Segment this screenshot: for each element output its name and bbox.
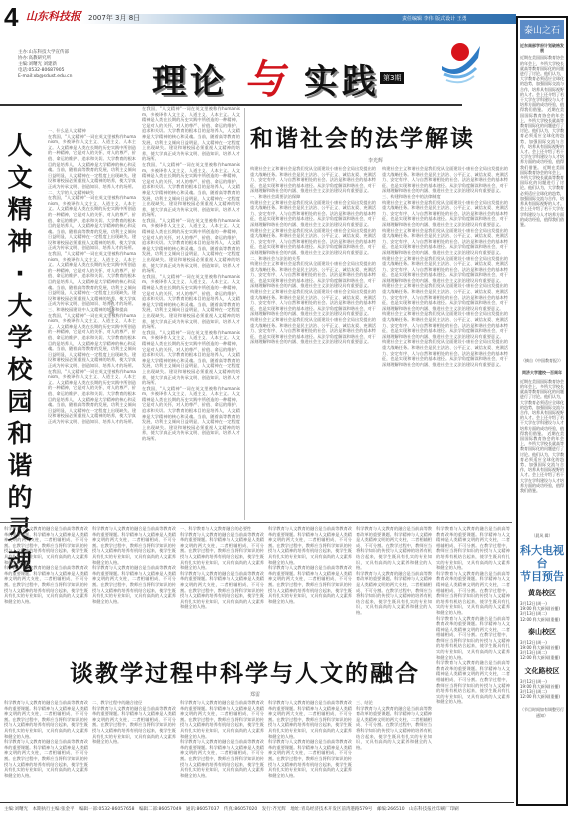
article3-text: 科学教育与人文教育的融合是当前高等教育改革的重要课题。科学精神与人文精神是人类精… [4,739,88,778]
issue-badge: 第3期 [380,72,404,84]
article1-text: 在我国，"人文精神"一词在英文里被称作humanism，多被译作人文主义、人道主… [142,274,240,330]
article1-text: 在我国，"人文精神"一词在英文里被称作humanism，多被译作人文主义、人道主… [142,106,240,162]
article3-body-bottom4: 科学教育与人文教育的融合是当前高等教育改革的重要课题。科学精神与人文精神是人类精… [268,700,352,798]
article3-text: 科学教育与人文教育的融合是当前高等教育改革的重要课题。科学精神与人文精神是人类精… [436,616,510,661]
article2-text: 构建社会主义和谐社会是我们党从全面建设小康社会全局出发提出的重大战略任务。和谐社… [250,289,376,317]
article3-body-bottom3: 科学教育与人文教育的融合是当前高等教育改革的重要课题。科学精神与人文精神是人类精… [180,700,264,798]
article1-text: 在我国，"人文精神"一词在英文里被称作humanism，多被译作人文主义、人道主… [142,386,240,442]
sidebar-source: （摘自《中国教育报》） [520,358,564,363]
article1-text: 在我国，"人文精神"一词在英文里被称作humanism，多被译作人文主义、人道主… [48,313,136,369]
article2-text: 构建社会主义和谐社会是我们党从全面建设小康社会全局出发提出的重大战略任务。和谐社… [382,339,508,367]
article3-text: 科学教育与人文教育的融合是当前高等教育改革的重要课题。科学精神与人文精神是人类精… [436,526,510,571]
article3-body-side: 科学教育与人文教育的融合是当前高等教育改革的重要课题。科学精神与人文精神是人类精… [436,526,510,796]
section-logo-icon [440,38,482,86]
article1-subhead: 三、和谐校园建设中人文精神的培养和提高 [48,307,136,313]
article3-body-top3: 一、科学教育与人文教育融合的必要性科学教育与人文教育的融合是当前高等教育改革的重… [180,526,264,648]
article3-body-top1: 科学教育与人文教育的融合是当前高等教育改革的重要课题。科学精神与人文精神是人类精… [4,526,88,648]
article1-text: 在我国，"人文精神"一词在英文里被称作humanism，多被译作人文主义、人道主… [48,195,136,251]
sidebar-article-body: 近期在美国国际教育协会的年会上，多所大学校长就高等教育国际化的问题进行了讨论。他… [520,55,564,355]
tv-campus-name: 黄岛校区 [520,588,564,598]
imprint-block: 主办:山东科技大学宣传部 协办:高教研究所 主编:刘曙光 刘建新 电话:0532… [18,50,72,80]
article3-text: 科学教育与人文教育的融合是当前高等教育改革的重要课题。科学精神与人文精神是人类精… [4,565,88,604]
article2-text: 构建社会主义和谐社会是我们党从全面建设小康社会全局出发提出的重大战略任务。和谐社… [382,166,508,194]
section-divider [0,522,512,523]
sidebar-text: 近期在美国国际教育协会的年会上，多所大学校长就高等教育国际化的问题进行了讨论。他… [520,165,564,227]
article3-body-bottom2: 二、教学过程中的融合途径科学教育与人文教育的融合是当前高等教育改革的重要课题。科… [92,700,176,798]
article3-text: 科学教育与人文教育的融合是当前高等教育改革的重要课题。科学精神与人文精神是人类精… [268,700,352,739]
article3-text: 科学教育与人文教育的融合是当前高等教育改革的重要课题。科学精神与人文精神是人类精… [436,660,510,705]
tv-line: 12:00 科大新闻(重播) [520,617,564,622]
column-divider [244,108,245,520]
article2-text: 构建社会主义和谐社会是我们党从全面建设小康社会全局出发提出的重大战略任务。和谐社… [250,228,376,256]
article3-text: 科学教育与人文教育的融合是当前高等教育改革的重要课题。科学精神与人文精神是人类精… [268,565,352,604]
article1-text: 在我国，"人文精神"一词在英文里被称作humanism，多被译作人文主义、人道主… [142,330,240,386]
article3-text: 科学教育与人文教育的融合是当前高等教育改革的重要课题。科学精神与人文精神是人类精… [268,739,352,778]
article2-author: 李光辉 [368,157,383,164]
sidebar-text: 近期在美国国际教育协会的年会上，多所大学校长就高等教育国际化的问题进行了讨论。他… [520,379,564,436]
article3-body-top5: 科学教育与人文教育的融合是当前高等教育改革的重要课题。科学精神与人文精神是人类精… [356,526,432,648]
article1-text: 在我国，"人文精神"一词在英文里被称作humanism，多被译作人文主义、人道主… [48,251,136,307]
section-title-right: 实践 [304,62,380,102]
article2-text: 构建社会主义和谐社会是我们党从全面建设小康社会全局出发提出的重大战略任务。和谐社… [382,283,508,311]
article2-body-col1: 构建社会主义和谐社会是我们党从全面建设小康社会全局出发提出的重大战略任务。和谐社… [250,166,376,520]
article3-text: 科学教育与人文教育的融合是当前高等教育改革的重要课题。科学精神与人文精神是人类精… [436,571,510,616]
tv-title-line1: 科大电视台 [520,544,564,570]
article3-text: 科学教育与人文教育的融合是当前高等教育改革的重要课题。科学精神与人文精神是人类精… [356,571,432,616]
article3-text: 科学教育与人文教育的融合是当前高等教育改革的重要课题。科学精神与人文精神是人类精… [180,571,264,610]
article2-text: 构建社会主义和谐社会是我们党从全面建设小康社会全局出发提出的重大战略任务。和谐社… [382,311,508,339]
tv-schedule-taishan: 泰山校区 3月12日(周一) 19:00 科大新闻(首播) 3月13日(周二) … [520,627,564,661]
article3-text: 科学教育与人文教育的融合是当前高等教育改革的重要课题。科学精神与人文精神是人类精… [92,706,176,745]
section-title: 理论与实践 [152,48,380,105]
page-number: 4 [4,2,18,33]
tv-title-line2: 节目预告 [520,570,564,583]
article3-text: 科学教育与人文教育的融合是当前高等教育改革的重要课题。科学精神与人文精神是人类精… [356,706,432,751]
article3-text: 科学教育与人文教育的融合是当前高等教育改革的重要课题。科学精神与人文精神是人类精… [92,565,176,604]
article3-text: 科学教育与人文教育的融合是当前高等教育改革的重要课题。科学精神与人文精神是人类精… [92,526,176,565]
article1-body-col2: 在我国，"人文精神"一词在英文里被称作humanism，多被译作人文主义、人道主… [142,106,240,520]
article1-title: 人文精神·大学校园和谐的灵魂 [6,130,34,578]
editor-info: 责任编辑 李伟 版式设计 王勇 [402,15,467,22]
article3-body-top4: 科学教育与人文教育的融合是当前高等教育改革的重要课题。科学精神与人文精神是人类精… [268,526,352,648]
tv-schedule-wenhualu: 文化路校区 3月12日(周一) 19:00 科大新闻(首播) 3月13日(周二)… [520,666,564,700]
section-title-mid: 与 [244,57,288,103]
article3-body-bottom1: 科学教育与人文教育的融合是当前高等教育改革的重要课题。科学精神与人文精神是人类精… [4,700,88,798]
footer-credits: 主编:刘曙光 本期执行主编:张金平 编辑一部:0532-86057658 编辑二… [4,806,459,812]
article2-text: 构建社会主义和谐社会是我们党从全面建设小康社会全局出发提出的重大战略任务。和谐社… [382,200,508,228]
sidebar-column-title: 泰山之石 [520,20,564,39]
sidebar-article-title: 近东南部学府计划破格发展 [520,43,564,53]
tv-schedule-huangdao: 黄岛校区 3月12日(周一) 19:00 科大新闻(首播) 3月13日(周二) … [520,588,564,622]
tv-line: 12:00 科大新闻(重播) [520,694,564,699]
tv-schedule-title: 科大电视台 节目预告 [520,544,564,583]
article2-text: 构建社会主义和谐社会是我们党从全面建设小康社会全局出发提出的重大战略任务。和谐社… [250,200,376,228]
article3-text: 科学教育与人文教育的融合是当前高等教育改革的重要课题。科学精神与人文精神是人类精… [4,526,88,565]
article3-body-top2: 科学教育与人文教育的融合是当前高等教育改革的重要课题。科学精神与人文精神是人类精… [92,526,176,648]
article3-text: 科学教育与人文教育的融合是当前高等教育改革的重要课题。科学精神与人文精神是人类精… [180,532,264,571]
sidebar-text: 近期在美国国际教育协会的年会上，多所大学校长就高等教育国际化的问题进行了讨论。他… [520,431,564,493]
article3-text: 科学教育与人文教育的融合是当前高等教育改革的重要课题。科学精神与人文精神是人类精… [180,739,264,778]
imprint-line: E-mail:xb@sdust.edu.cn [18,74,72,80]
article1-text: 在我国，"人文精神"一词在英文里被称作humanism，多被译作人文主义、人道主… [142,162,240,218]
article3-text: 科学教育与人文教育的融合是当前高等教育改革的重要课题。科学精神与人文精神是人类精… [180,700,264,739]
footer-rule [0,802,514,803]
article3-title: 谈教学过程中科学与人文的融合 [70,655,420,688]
sidebar-box: 泰山之石 近东南部学府计划破格发展 近期在美国国际教育协会的年会上，多所大学校长… [516,16,568,806]
article2-body-col2: 构建社会主义和谐社会是我们党从全面建设小康社会全局出发提出的重大战略任务。和谐社… [382,166,508,520]
article1-text: 在我国，"人文精神"一词在英文里被称作humanism，多被译作人文主义、人道主… [142,218,240,274]
article1-text: 在我国，"人文精神"一词在英文里被称作humanism，多被译作人文主义、人道主… [48,369,136,425]
sidebar-article2-body: 近期在美国国际教育协会的年会上，多所大学校长就高等教育国际化的问题进行了讨论。他… [520,379,564,529]
issue-date: 2007年 3月 8日 [88,13,140,23]
article3-text: 科学教育与人文教育的融合是当前高等教育改革的重要课题。科学精神与人文精神是人类精… [268,526,352,565]
article2-title: 和谐社会的法学解读 [250,120,475,153]
tv-note: （节目时间如有调整另行通知） [520,707,564,717]
tv-line: 12:00 科大新闻(重播) [520,655,564,660]
article3-text: 科学教育与人文教育的融合是当前高等教育改革的重要课题。科学精神与人文精神是人类精… [356,526,432,571]
sidebar-text: 近期在美国国际教育协会的年会上，多所大学校长就高等教育国际化的问题进行了讨论。他… [520,55,564,112]
tv-campus-name: 泰山校区 [520,627,564,637]
section-title-left: 理论 [152,62,228,102]
article2-text: 构建社会主义和谐社会是我们党从全面建设小康社会全局出发提出的重大战略任务。和谐社… [250,261,376,289]
masthead-logo: 山东科技报 [26,8,81,24]
sidebar-subtitle: 同济大学建校一百周年 [520,370,564,375]
sidebar-text: 近期在美国国际教育协会的年会上，多所大学校长就高等教育国际化的问题进行了讨论。他… [520,107,564,169]
article3-author: 郑雷 [250,691,260,698]
article3-text: 科学教育与人文教育的融合是当前高等教育改革的重要课题。科学精神与人文精神是人类精… [4,700,88,739]
sidebar-editor: （晨风 辑） [520,533,564,538]
article1-body-col1: 一、什么是人文精神 在我国，"人文精神"一词在英文里被称作humanism，多被… [48,128,136,520]
article2-text: 构建社会主义和谐社会是我们党从全面建设小康社会全局出发提出的重大战略任务。和谐社… [250,166,376,194]
tv-campus-name: 文化路校区 [520,666,564,676]
article3-body-bottom5: 三、结论科学教育与人文教育的融合是当前高等教育改革的重要课题。科学精神与人文精神… [356,700,432,798]
article1-text: 在我国，"人文精神"一词在英文里被称作humanism，多被译作人文主义、人道主… [48,134,136,190]
article2-text: 构建社会主义和谐社会是我们党从全面建设小康社会全局出发提出的重大战略任务。和谐社… [250,317,376,345]
article2-text: 构建社会主义和谐社会是我们党从全面建设小康社会全局出发提出的重大战略任务。和谐社… [382,256,508,284]
article2-text: 构建社会主义和谐社会是我们党从全面建设小康社会全局出发提出的重大战略任务。和谐社… [382,228,508,256]
